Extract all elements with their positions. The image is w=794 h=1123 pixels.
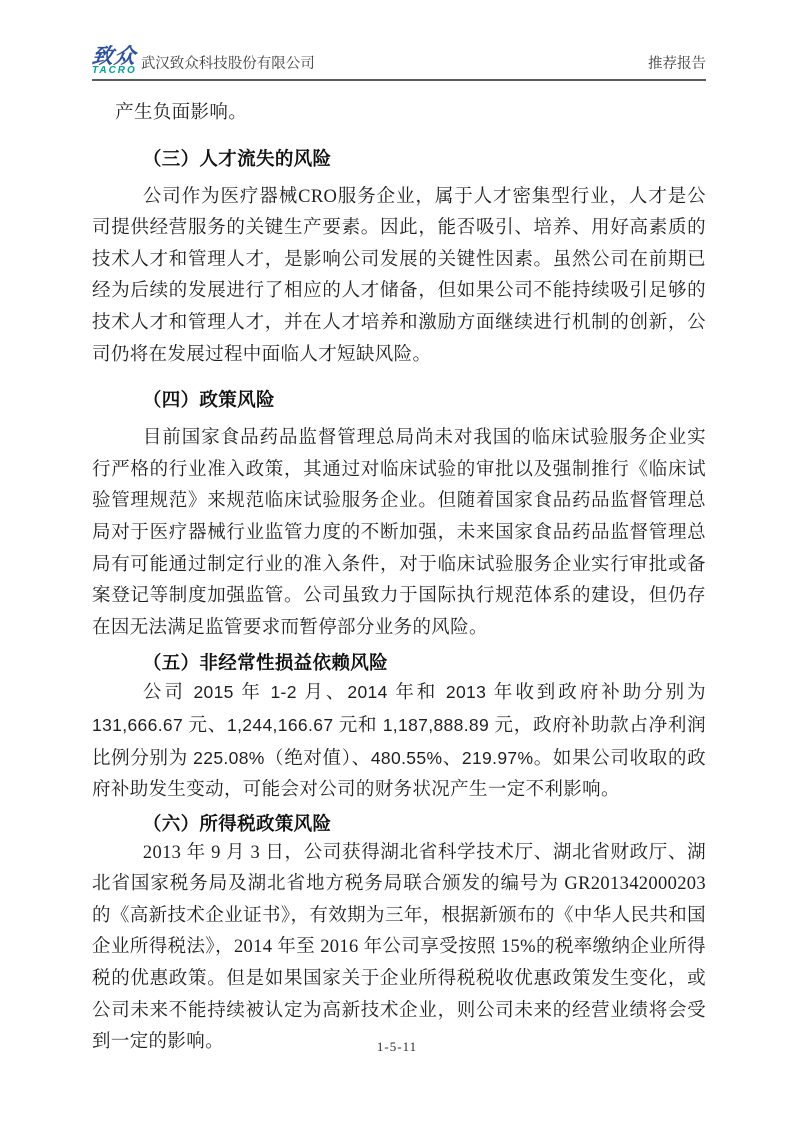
section-heading: （五）非经常性损益依赖风险	[92, 649, 706, 677]
latin-run: 2014	[347, 682, 387, 702]
latin-run: 2015	[193, 682, 233, 702]
company-logo: 致众 TACRO	[92, 46, 137, 76]
latin-run: 219.97%	[462, 748, 534, 768]
logo-zh-icon: 致众	[91, 46, 137, 67]
page-footer: 1-5-11	[0, 1039, 794, 1055]
risk-section: （六）所得税政策风险2013 年 9 月 3 日，公司获得湖北省科学技术厅、湖北…	[92, 810, 706, 1059]
latin-run: CRO	[298, 187, 337, 207]
page-header: 致众 TACRO 武汉致众科技股份有限公司 推荐报告	[92, 46, 706, 81]
latin-run: GR201342000203	[564, 874, 706, 894]
section-heading: （三）人才流失的风险	[92, 145, 706, 173]
paragraph: 2013 年 9 月 3 日，公司获得湖北省科学技术厅、湖北省财政厅、湖北省国家…	[92, 838, 706, 1059]
latin-run: 1,187,888.89	[383, 715, 489, 735]
risk-section: （五）非经常性损益依赖风险公司 2015 年 1-2 月、2014 年和 201…	[92, 649, 706, 806]
section-heading: （六）所得税政策风险	[92, 810, 706, 838]
risk-section: （四）政策风险目前国家食品药品监督管理总局尚未对我国的临床试验服务企业实行严格的…	[92, 386, 706, 644]
page-number: 1-5-11	[377, 1039, 417, 1054]
section-heading: （四）政策风险	[92, 386, 706, 414]
risk-section: （三）人才流失的风险公司作为医疗器械CRO服务企业，属于人才密集型行业，人才是公…	[92, 145, 706, 372]
paragraph: 目前国家食品药品监督管理总局尚未对我国的临床试验服务企业实行严格的行业准入政策，…	[92, 423, 706, 644]
continuation-paragraph: 产生负面影响。	[92, 98, 706, 130]
latin-run: 2016	[320, 937, 358, 957]
paragraph: 公司 2015 年 1-2 月、2014 年和 2013 年收到政府补助分别为 …	[92, 677, 706, 806]
document-page: 致众 TACRO 武汉致众科技股份有限公司 推荐报告 产生负面影响。 （三）人才…	[0, 0, 794, 1123]
latin-run: 9	[211, 843, 221, 863]
latin-run: 2013	[446, 682, 486, 702]
latin-run: 131,666.67	[92, 715, 183, 735]
header-left: 致众 TACRO 武汉致众科技股份有限公司	[92, 46, 315, 76]
document-type-label: 推荐报告	[648, 56, 706, 76]
latin-run: 225.08%	[193, 748, 265, 768]
latin-run: 480.55%	[371, 748, 443, 768]
risk-sections: （三）人才流失的风险公司作为医疗器械CRO服务企业，属于人才密集型行业，人才是公…	[92, 145, 706, 1059]
paragraph: 公司作为医疗器械CRO服务企业，属于人才密集型行业，人才是公司提供经营服务的关键…	[92, 182, 706, 372]
document-body: 产生负面影响。 （三）人才流失的风险公司作为医疗器械CRO服务企业，属于人才密集…	[92, 86, 706, 1059]
company-name: 武汉致众科技股份有限公司	[141, 56, 315, 76]
latin-run: 1-2	[270, 682, 296, 702]
latin-run: 15%	[501, 937, 536, 957]
latin-run: 1,244,166.67	[227, 715, 333, 735]
latin-run: 3	[250, 843, 260, 863]
latin-run: 2014	[234, 937, 272, 957]
latin-run: 2013	[143, 843, 181, 863]
